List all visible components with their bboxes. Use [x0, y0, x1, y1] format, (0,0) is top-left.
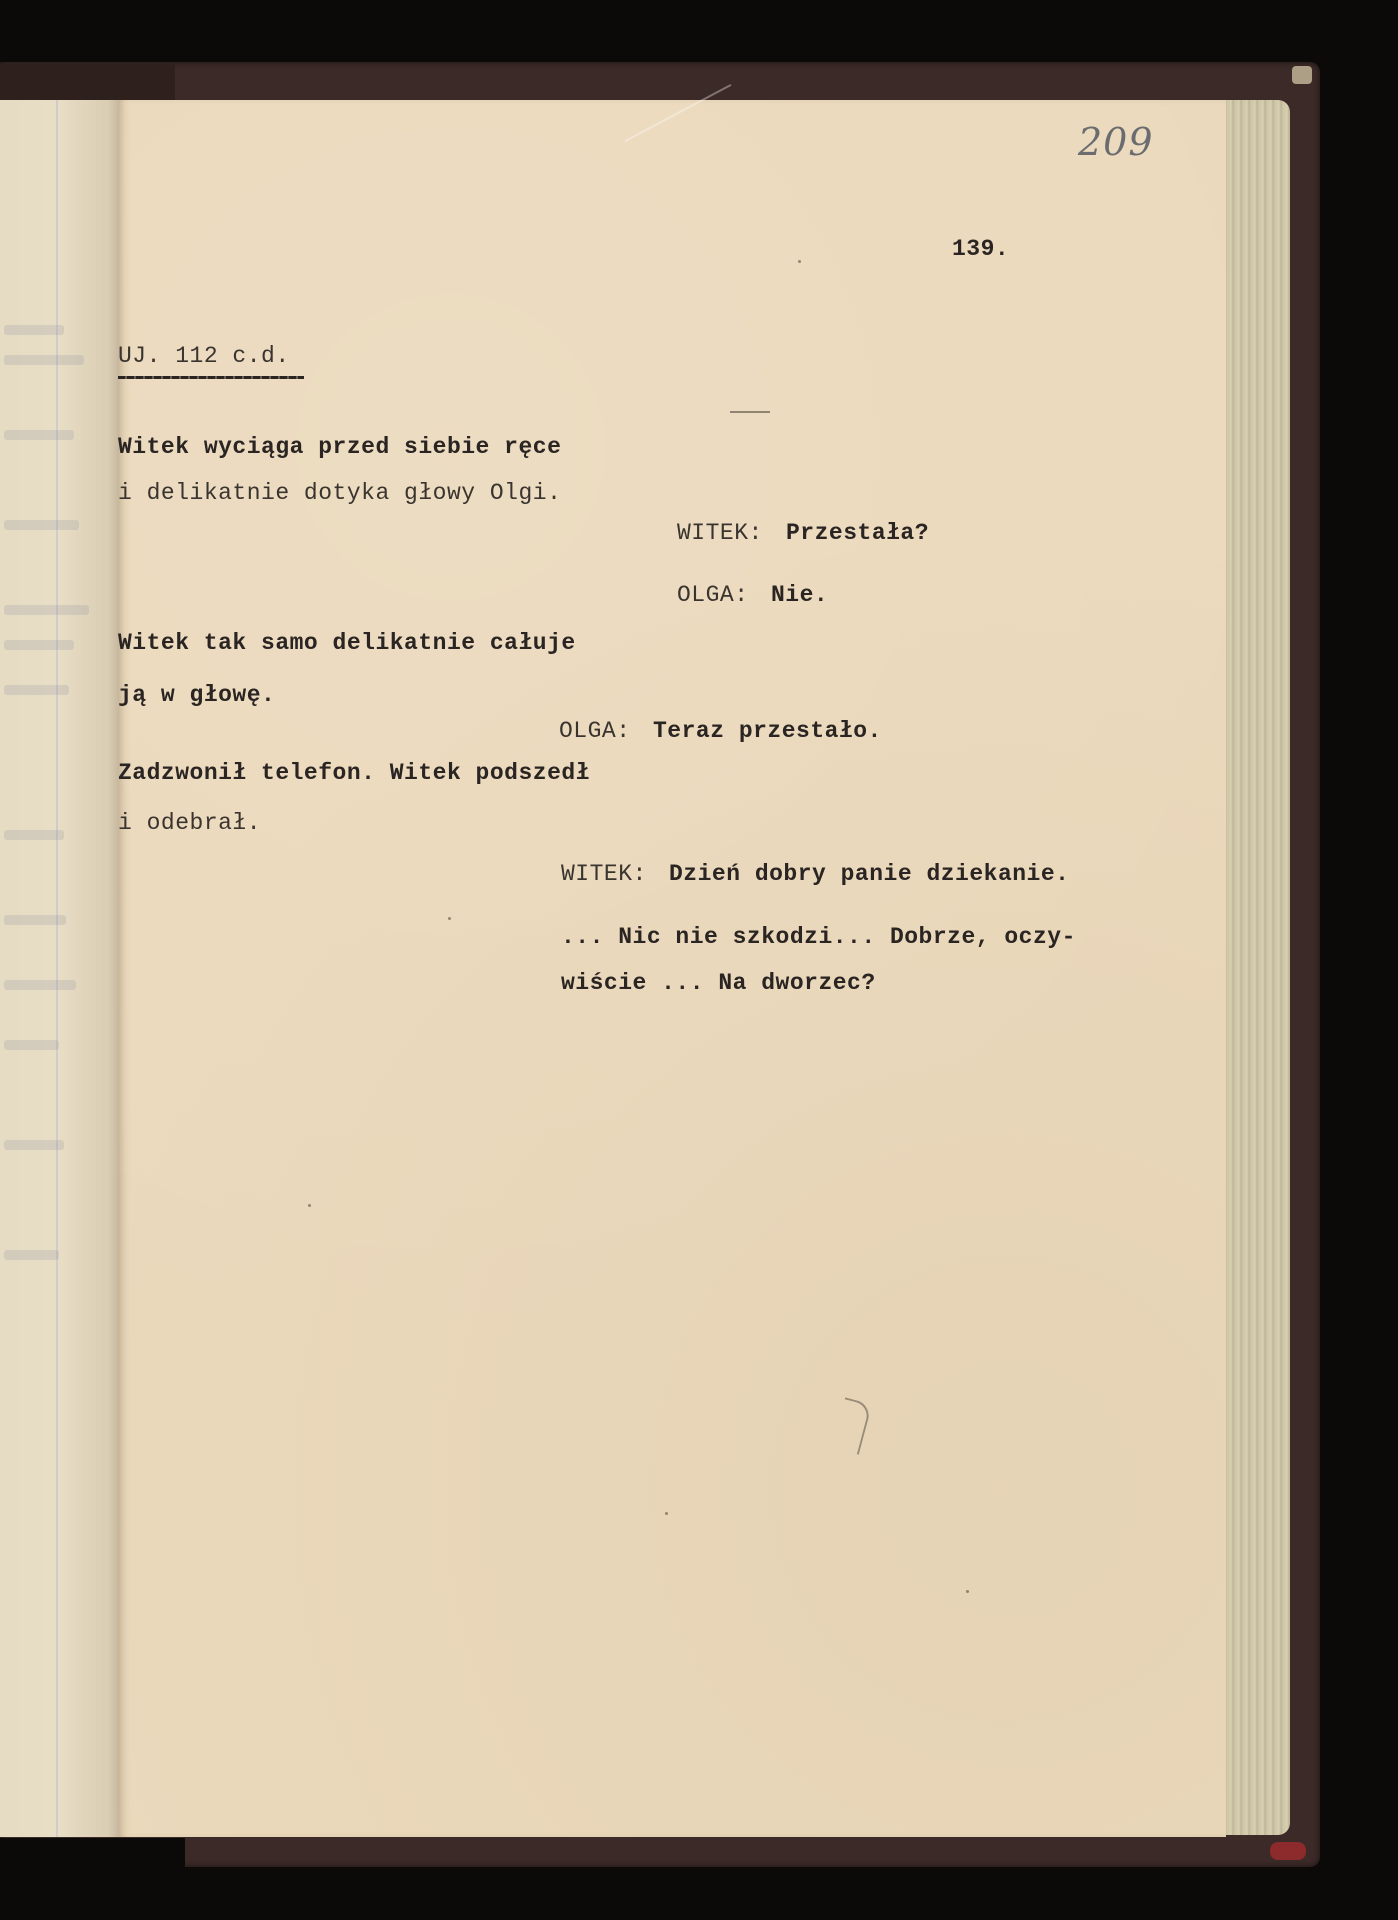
paper-speck: [308, 1204, 311, 1207]
paper-fiber: [832, 1397, 873, 1454]
bleed-through-mark: [4, 1040, 59, 1050]
stage-direction: i delikatnie dotyka głowy Olgi.: [118, 482, 561, 505]
cover-corner-wear: [1292, 66, 1312, 84]
heading-underline: [118, 376, 304, 379]
dialogue-speaker: OLGA:: [559, 720, 631, 743]
paper-speck: [665, 1512, 668, 1515]
previous-page-strip: [0, 100, 118, 1837]
bleed-through-mark: [4, 1250, 59, 1260]
paper-speck: [966, 1590, 969, 1593]
stage-direction: ją w głowę.: [118, 684, 275, 707]
dialogue-speaker: WITEK:: [561, 863, 647, 886]
stage-direction: Witek wyciąga przed siebie ręce: [118, 436, 561, 459]
paper-speck: [448, 917, 451, 920]
paper-mark: [730, 411, 770, 413]
dialogue-text: Teraz przestało.: [653, 720, 882, 743]
background-gap: [0, 1838, 185, 1868]
dialogue-text: Dzień dobry panie dziekanie.: [669, 863, 1069, 886]
bleed-through-mark: [4, 640, 74, 650]
dialogue-text: Nie.: [771, 584, 828, 607]
bleed-through-mark: [4, 520, 79, 530]
page-number: 139.: [952, 238, 1009, 261]
bleed-through-mark: [4, 355, 84, 365]
stage-direction: i odebrał.: [118, 812, 261, 835]
document-page: 209 139. UJ. 112 c.d. Witek wyciąga prze…: [118, 100, 1226, 1837]
dialogue-text: Przestała?: [786, 522, 929, 545]
book-cover-left-top: [0, 64, 175, 100]
bleed-through-mark: [4, 830, 64, 840]
bleed-through-mark: [4, 1140, 64, 1150]
bleed-through-mark: [4, 685, 69, 695]
red-corner-mark: [1270, 1842, 1306, 1860]
bleed-through-mark: [4, 980, 76, 990]
paper-speck: [798, 260, 801, 263]
dialogue-speaker: WITEK:: [677, 522, 763, 545]
dialogue-continuation: wiście ... Na dworzec?: [561, 972, 876, 995]
dialogue-continuation: ... Nic nie szkodzi... Dobrze, oczy-: [561, 926, 1076, 949]
bleed-through-mark: [4, 430, 74, 440]
stage-direction: Zadzwonił telefon. Witek podszedł: [118, 762, 590, 785]
scene-heading: UJ. 112 c.d.: [118, 345, 290, 368]
page-edge-stack: [1220, 100, 1290, 1835]
bleed-through-mark: [4, 605, 89, 615]
bleed-through-mark: [4, 325, 64, 335]
dialogue-speaker: OLGA:: [677, 584, 749, 607]
archive-number: 209: [1078, 120, 1154, 164]
stage-direction: Witek tak samo delikatnie całuje: [118, 632, 576, 655]
bleed-through-mark: [4, 915, 66, 925]
